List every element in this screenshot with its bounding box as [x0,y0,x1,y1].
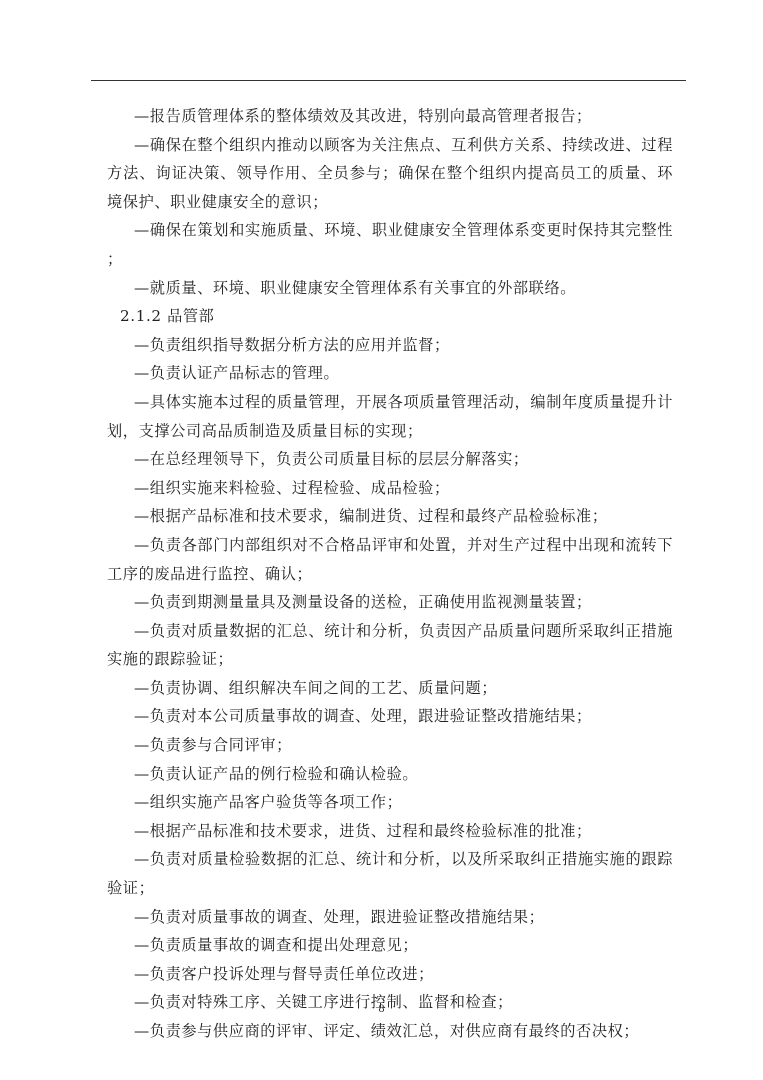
paragraph: —负责对质量数据的汇总、统计和分析，负责因产品质量问题所采取纠正措施实施的跟踪验… [107,617,673,674]
paragraph: —负责各部门内部组织对不合格品评审和处置，并对生产过程中出现和流转下工序的废品进… [107,531,673,588]
paragraph: —负责认证产品的例行检验和确认检验。 [107,760,673,789]
paragraph: —根据产品标准和技术要求，编制进货、过程和最终产品检验标准； [107,502,673,531]
paragraph: —报告质管理体系的整体绩效及其改进，特别向最高管理者报告； [107,102,673,131]
paragraph: —确保在整个组织内推动以顾客为关注焦点、互利供方关系、持续改进、过程方法、询证决… [107,131,673,217]
paragraph: —组织实施产品客户验货等各项工作； [107,788,673,817]
paragraph: —就质量、环境、职业健康安全管理体系有关事宜的外部联络。 [107,274,673,303]
paragraph: —负责认证产品标志的管理。 [107,359,673,388]
paragraph: —具体实施本过程的质量管理，开展各项质量管理活动，编制年度质量提升计划，支撑公司… [107,388,673,445]
paragraph: —负责参与供应商的评审、评定、绩效汇总，对供应商有最终的否决权； [107,1017,673,1046]
paragraph: —负责客户投诉处理与督导责任单位改进； [107,960,673,989]
document-body: —报告质管理体系的整体绩效及其改进，特别向最高管理者报告； —确保在整个组织内推… [107,102,673,1046]
paragraph: —负责对本公司质量事故的调查、处理，跟进验证整改措施结果； [107,702,673,731]
page-header-rule [91,80,686,81]
paragraph: —组织实施来料检验、过程检验、成品检验； [107,474,673,503]
paragraph: —负责对质量检验数据的汇总、统计和分析，以及所采取纠正措施实施的跟踪验证； [107,845,673,902]
page-number: 8 [0,1001,763,1016]
paragraph: —负责协调、组织解决车间之间的工艺、质量问题； [107,674,673,703]
paragraph: —负责参与合同评审； [107,731,673,760]
paragraph: —在总经理领导下，负责公司质量目标的层层分解落实； [107,445,673,474]
paragraph: —负责到期测量量具及测量设备的送检，正确使用监视测量装置； [107,588,673,617]
paragraph: —确保在策划和实施质量、环境、职业健康安全管理体系变更时保持其完整性； [107,216,673,273]
paragraph: —负责对质量事故的调查、处理，跟进验证整改措施结果； [107,903,673,932]
section-heading: 2.1.2 品管部 [107,302,673,331]
paragraph: —负责组织指导数据分析方法的应用并监督； [107,331,673,360]
paragraph: —负责质量事故的调查和提出处理意见； [107,931,673,960]
paragraph: —根据产品标准和技术要求，进货、过程和最终检验标准的批准； [107,817,673,846]
